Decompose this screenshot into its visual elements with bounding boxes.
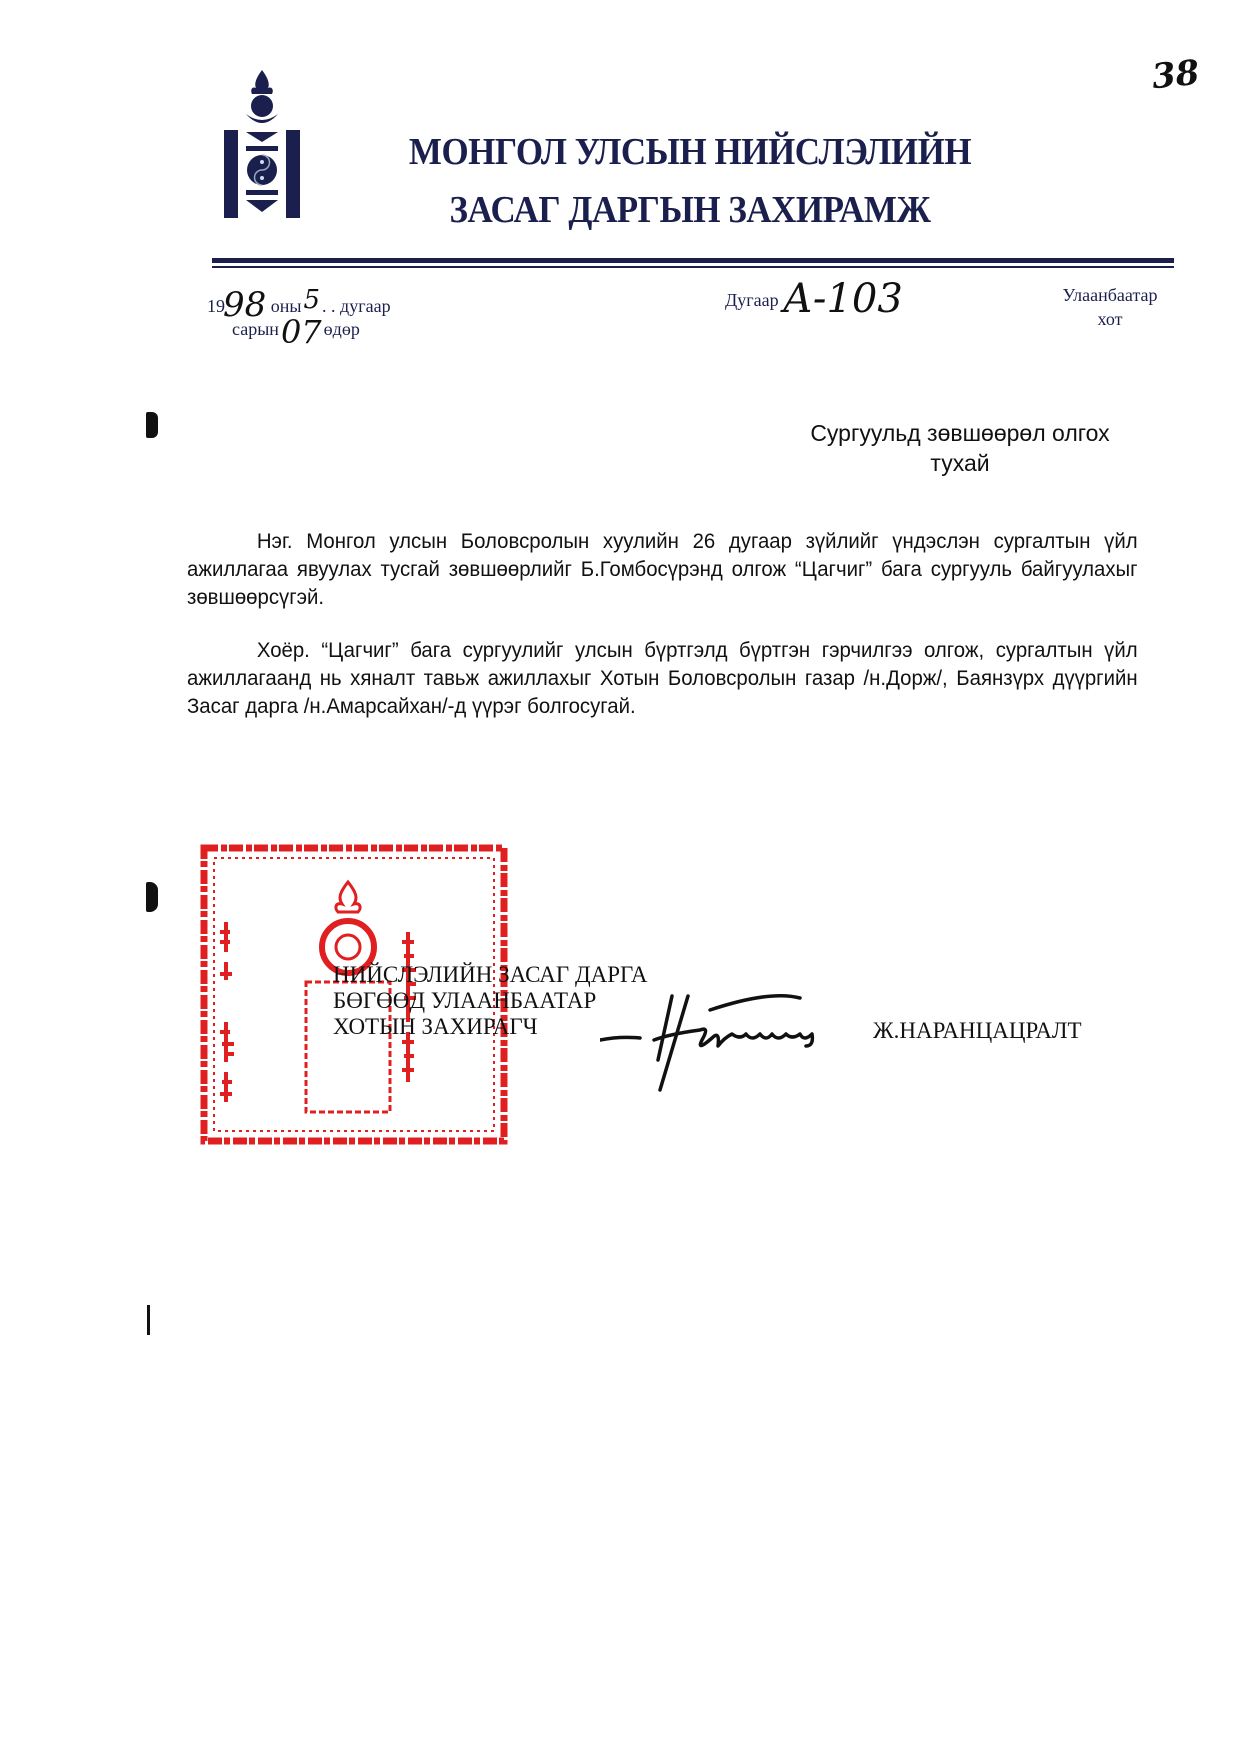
- header-rule-thick: [212, 258, 1174, 263]
- handwritten-signature-icon: [600, 990, 885, 1100]
- subject-line2: тухай: [760, 448, 1160, 478]
- date-field: 1998 оны5. . дугаар сарын07өдөр: [207, 275, 437, 345]
- document-title-line2: ЗАСАГ ДАРГЫН ЗАХИРАМЖ: [46, 188, 1240, 232]
- header-rule-thin: [212, 266, 1174, 268]
- body-paragraph-1: Нэг. Монгол улсын Боловсролын хуулийн 26…: [187, 528, 1138, 612]
- body-paragraph-2: Хоёр. “Цагчиг” бага сургуулийг улсын бүр…: [187, 637, 1138, 721]
- date-day-suffix: өдөр: [324, 319, 360, 339]
- document-title-line1: МОНГОЛ УЛСЫН НИЙСЛЭЛИЙН: [46, 130, 1240, 174]
- document-number-handwritten: А-103: [783, 276, 903, 322]
- document-subject: Сургуульд зөвшөөрөл олгох тухай: [760, 418, 1160, 478]
- margin-mark: [146, 882, 158, 912]
- city-field: Улаанбаатар хот: [1050, 283, 1170, 331]
- margin-mark: [147, 1305, 150, 1335]
- document-number-field: ДугаарА-103: [725, 270, 903, 316]
- city-line2: хот: [1050, 307, 1170, 331]
- city-line1: Улаанбаатар: [1050, 283, 1170, 307]
- margin-mark: [146, 412, 158, 438]
- subject-line1: Сургуульд зөвшөөрөл олгох: [760, 418, 1160, 448]
- date-day-handwritten: 07: [281, 313, 322, 351]
- signatory-name: Ж.НАРАНЦАЦРАЛТ: [873, 1018, 1082, 1044]
- page-number: 38: [1150, 53, 1201, 98]
- document-number-label: Дугаар: [725, 290, 779, 310]
- date-month-label: сарын: [232, 319, 279, 339]
